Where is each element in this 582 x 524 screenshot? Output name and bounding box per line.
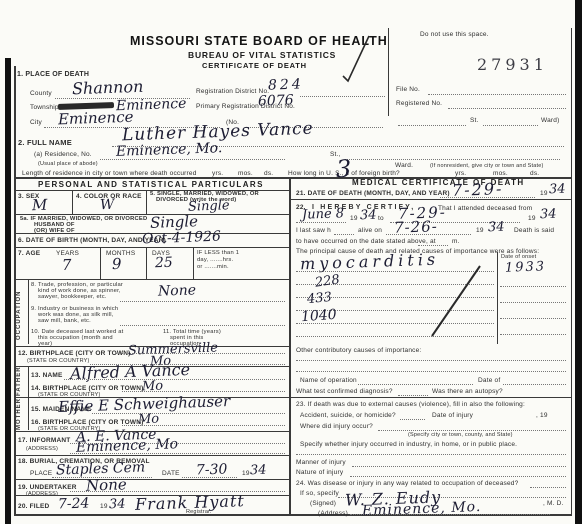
certificate-subtitle: CERTIFICATE OF DEATH: [202, 61, 307, 70]
stat-code-2: 433: [306, 290, 332, 307]
ward-blank: [483, 124, 538, 126]
birthplace-value: Summersville: [128, 340, 218, 358]
cell-divider: [100, 247, 101, 279]
cell-divider: [28, 279, 29, 344]
trade-label-3: sawyer, bookkeeper, etc.: [38, 294, 107, 300]
father-birthplace-blank: [122, 390, 285, 392]
last-saw-text-2: alive on: [358, 227, 382, 234]
howlong-yrs: yrs.: [455, 170, 466, 177]
registration-district-value: 824: [268, 76, 304, 93]
industry-label-3: saw mill, bank, etc.: [38, 318, 91, 324]
birthplace-blank: [115, 352, 285, 354]
attended-to-19: 19: [528, 215, 536, 222]
contributory-blank1: [296, 359, 566, 361]
dob-value: Oct-4-1926: [142, 229, 221, 248]
onset-box-divider: [497, 252, 498, 344]
onset-value: 1933: [505, 259, 547, 275]
age-less-2: day, .......hrs.: [197, 257, 233, 263]
external-causes-text: 23. If death was due to external causes …: [296, 401, 525, 408]
length-mos: mos.: [238, 170, 253, 177]
nature-blank: [350, 475, 566, 477]
cell-divider: [146, 190, 147, 214]
operation-label: Name of operation: [300, 377, 357, 384]
death-year-prefix: 19: [540, 190, 548, 197]
trade-blank: [120, 300, 285, 302]
death-date-blank: [440, 196, 535, 198]
last-saw-text-1: I last saw h: [296, 227, 331, 234]
age-label: 7. AGE: [18, 250, 40, 257]
rule: [14, 279, 289, 280]
rule: [291, 199, 571, 200]
do-not-use-note: Do not use this space.: [420, 31, 489, 38]
file-no-blank: [428, 93, 566, 95]
where-injury-label: Where did injury occur?: [300, 423, 373, 430]
scan-edge-right: [575, 0, 582, 524]
filed-label: 20. FILED: [18, 503, 49, 510]
death-certificate-scan: MISSOURI STATE BOARD OF HEALTH BUREAU OF…: [0, 0, 582, 524]
length-ds: ds.: [264, 170, 273, 177]
registrar-label: Registrar.: [186, 509, 212, 515]
full-name-label: 2. FULL NAME: [18, 138, 72, 147]
race-value: W: [100, 197, 115, 213]
death-date-label: 21. DATE OF DEATH (MONTH, DAY, AND YEAR): [296, 190, 450, 197]
specify-place-text: Specify whether injury occurred in indus…: [300, 441, 517, 448]
undertaker-address-label: (ADDRESS): [26, 491, 58, 497]
stat-code-3: 1040: [300, 307, 337, 325]
abode-note: (Usual place of abode): [38, 161, 98, 167]
mother-maiden-blank: [92, 412, 285, 414]
occurred-blank: [418, 244, 448, 246]
last-saw-blank1: [334, 233, 354, 235]
accident-label: Accident, suicide, or homicide?: [300, 412, 396, 419]
filed-year-prefix: 19: [100, 503, 108, 510]
rule: [14, 479, 289, 480]
ward-label: Ward): [541, 117, 559, 124]
accident-blank: [400, 418, 425, 420]
city-label: City: [30, 119, 42, 126]
onset-blank1: [500, 285, 566, 287]
father-name-label: 13. NAME: [31, 372, 63, 379]
burial-place-label: PLACE: [30, 470, 52, 477]
attended-from-blank: [296, 221, 346, 223]
st-label: St.: [470, 117, 479, 124]
registration-district-blank: [300, 95, 385, 97]
specify-place-blank: [296, 453, 566, 455]
mother-birthplace-blank: [122, 424, 285, 426]
undertaker-blank: [70, 490, 285, 492]
residence-ward-label: Ward.: [395, 162, 413, 169]
operation-date-blank: [503, 383, 566, 385]
filed-year-value: 34: [109, 497, 126, 513]
signed-label: (Signed): [310, 500, 336, 507]
age-months-value: 9: [112, 255, 122, 273]
sex-value: M: [32, 196, 48, 215]
operation-date-label: Date of: [478, 377, 500, 384]
onset-blank4: [500, 333, 566, 335]
informant-label: 17. INFORMANT: [18, 437, 70, 444]
residence-label: (a) Residence, No.: [34, 151, 92, 158]
related-blank: [530, 486, 566, 488]
related-occupation-label: 24. Was disease or injury in any way rel…: [296, 480, 518, 487]
last-saw-year: 34: [488, 220, 505, 236]
scan-edge-left: [5, 58, 11, 524]
column-divider: [289, 177, 291, 514]
occurred-text: to have occurred on the date stated abov…: [296, 238, 436, 245]
attended-to-year: 34: [540, 207, 557, 223]
physician-address-label: (Address): [318, 510, 348, 517]
burial-date-label: DATE: [162, 470, 180, 477]
undertaker-label: 19. UNDERTAKER: [18, 484, 77, 491]
onset-blank3: [500, 317, 566, 319]
physician-address-value: Eminence, Mo.: [362, 499, 482, 519]
father-name-blank: [64, 378, 285, 380]
age-days-value: 25: [155, 255, 173, 272]
pen-checkmark: [335, 30, 375, 86]
filed-date-value: 7-24: [58, 495, 90, 512]
howlong-mos: mos.: [493, 170, 508, 177]
county-label: County: [30, 90, 52, 97]
certificate-number: 27931: [477, 55, 548, 74]
physician-address-blank: [350, 513, 550, 515]
place-of-death-label: 1. PLACE OF DEATH: [17, 71, 89, 78]
rule: [14, 247, 289, 248]
mother-vertical-label: MOTHER: [16, 400, 22, 430]
certify-rest: That I attended deceased from: [438, 205, 532, 212]
nonresident-note: (If nonresident, give city or town and S…: [430, 163, 544, 169]
specify-city-note: (Specify city or town, county, and State…: [408, 432, 513, 438]
file-no-label: File No.: [396, 86, 420, 93]
pen-slash: [428, 260, 488, 340]
manner-blank: [352, 465, 566, 467]
rule: [14, 455, 289, 456]
rule: [291, 397, 571, 398]
occupation-vertical-label: OCCUPATION: [16, 286, 22, 340]
last-saw-blank2: [386, 233, 471, 235]
header-box-divider: [388, 28, 389, 116]
cell-divider: [72, 190, 73, 214]
informant-address-blank: [70, 452, 285, 454]
burial-date-blank: [182, 476, 237, 478]
if-so-label: If so, specify: [300, 490, 339, 497]
cell-divider: [146, 247, 147, 279]
operation-blank: [358, 383, 473, 385]
where-injury-blank: [378, 429, 566, 431]
howlong-ds: ds.: [530, 170, 539, 177]
medical-annotation-3: 3: [336, 155, 352, 184]
nature-label: Nature of injury: [296, 469, 343, 476]
primary-district-value: 6076: [258, 92, 294, 109]
last-saw-19: 19: [476, 227, 484, 234]
injury-date-label: Date of injury: [432, 412, 473, 419]
injury-year-prefix: , 19: [536, 412, 548, 419]
age-years-value: 7: [62, 256, 72, 274]
death-said-text: Death is said: [514, 227, 554, 234]
contributory-blank2: [296, 370, 566, 372]
father-birthplace-value: Mo: [142, 379, 164, 395]
township-label: Township: [30, 104, 59, 111]
personal-section-title: PERSONAL AND STATISTICAL PARTICULARS: [38, 180, 264, 189]
cell-divider: [193, 247, 194, 279]
cell-divider: [28, 366, 29, 430]
autopsy-label: Was there an autopsy?: [432, 388, 503, 395]
death-year-value: 34: [549, 182, 566, 198]
attended-from-19: 19: [350, 215, 358, 222]
informant-address-label: (ADDRESS): [26, 446, 58, 452]
manner-label: Manner of injury: [296, 459, 346, 466]
bureau-subtitle: BUREAU OF VITAL STATISTICS: [188, 50, 336, 60]
industry-blank: [120, 324, 285, 326]
stat-code-1: 228: [314, 272, 341, 290]
residence-blank: [100, 158, 285, 160]
county-value: Shannon: [72, 77, 144, 98]
burial-year-value: 34: [250, 463, 267, 479]
trade-value: None: [158, 282, 197, 299]
age-less-3: or .......min.: [197, 264, 229, 270]
residence-value: Eminence, Mo.: [116, 140, 223, 160]
burial-year-prefix: 19: [242, 470, 250, 477]
registered-no-label: Registered No.: [396, 100, 442, 107]
length-residence-label: Length of residence in city or town wher…: [22, 170, 197, 177]
frame-right: [571, 28, 572, 516]
occurred-suffix: m.: [452, 238, 460, 245]
test-blank: [398, 394, 428, 396]
residence-st-blank: [345, 158, 560, 160]
onset-blank2: [500, 301, 566, 303]
attended-to-label: to: [378, 215, 384, 222]
registered-no-blank: [448, 107, 566, 109]
contributory-text: Other contributory causes of importance:: [296, 347, 421, 354]
length-yrs: yrs.: [212, 170, 223, 177]
father-vertical-label: FATHER: [16, 370, 22, 396]
age-less-1: IF LESS than 1: [197, 250, 239, 256]
md-suffix: , M. D.: [543, 500, 564, 507]
st-blank: [398, 124, 466, 126]
test-label: What test confirmed diagnosis?: [296, 388, 393, 395]
attended-from-year: 34: [360, 208, 377, 224]
birthplace-label: 12. BIRTHPLACE (CITY OR TOWN): [18, 350, 130, 357]
